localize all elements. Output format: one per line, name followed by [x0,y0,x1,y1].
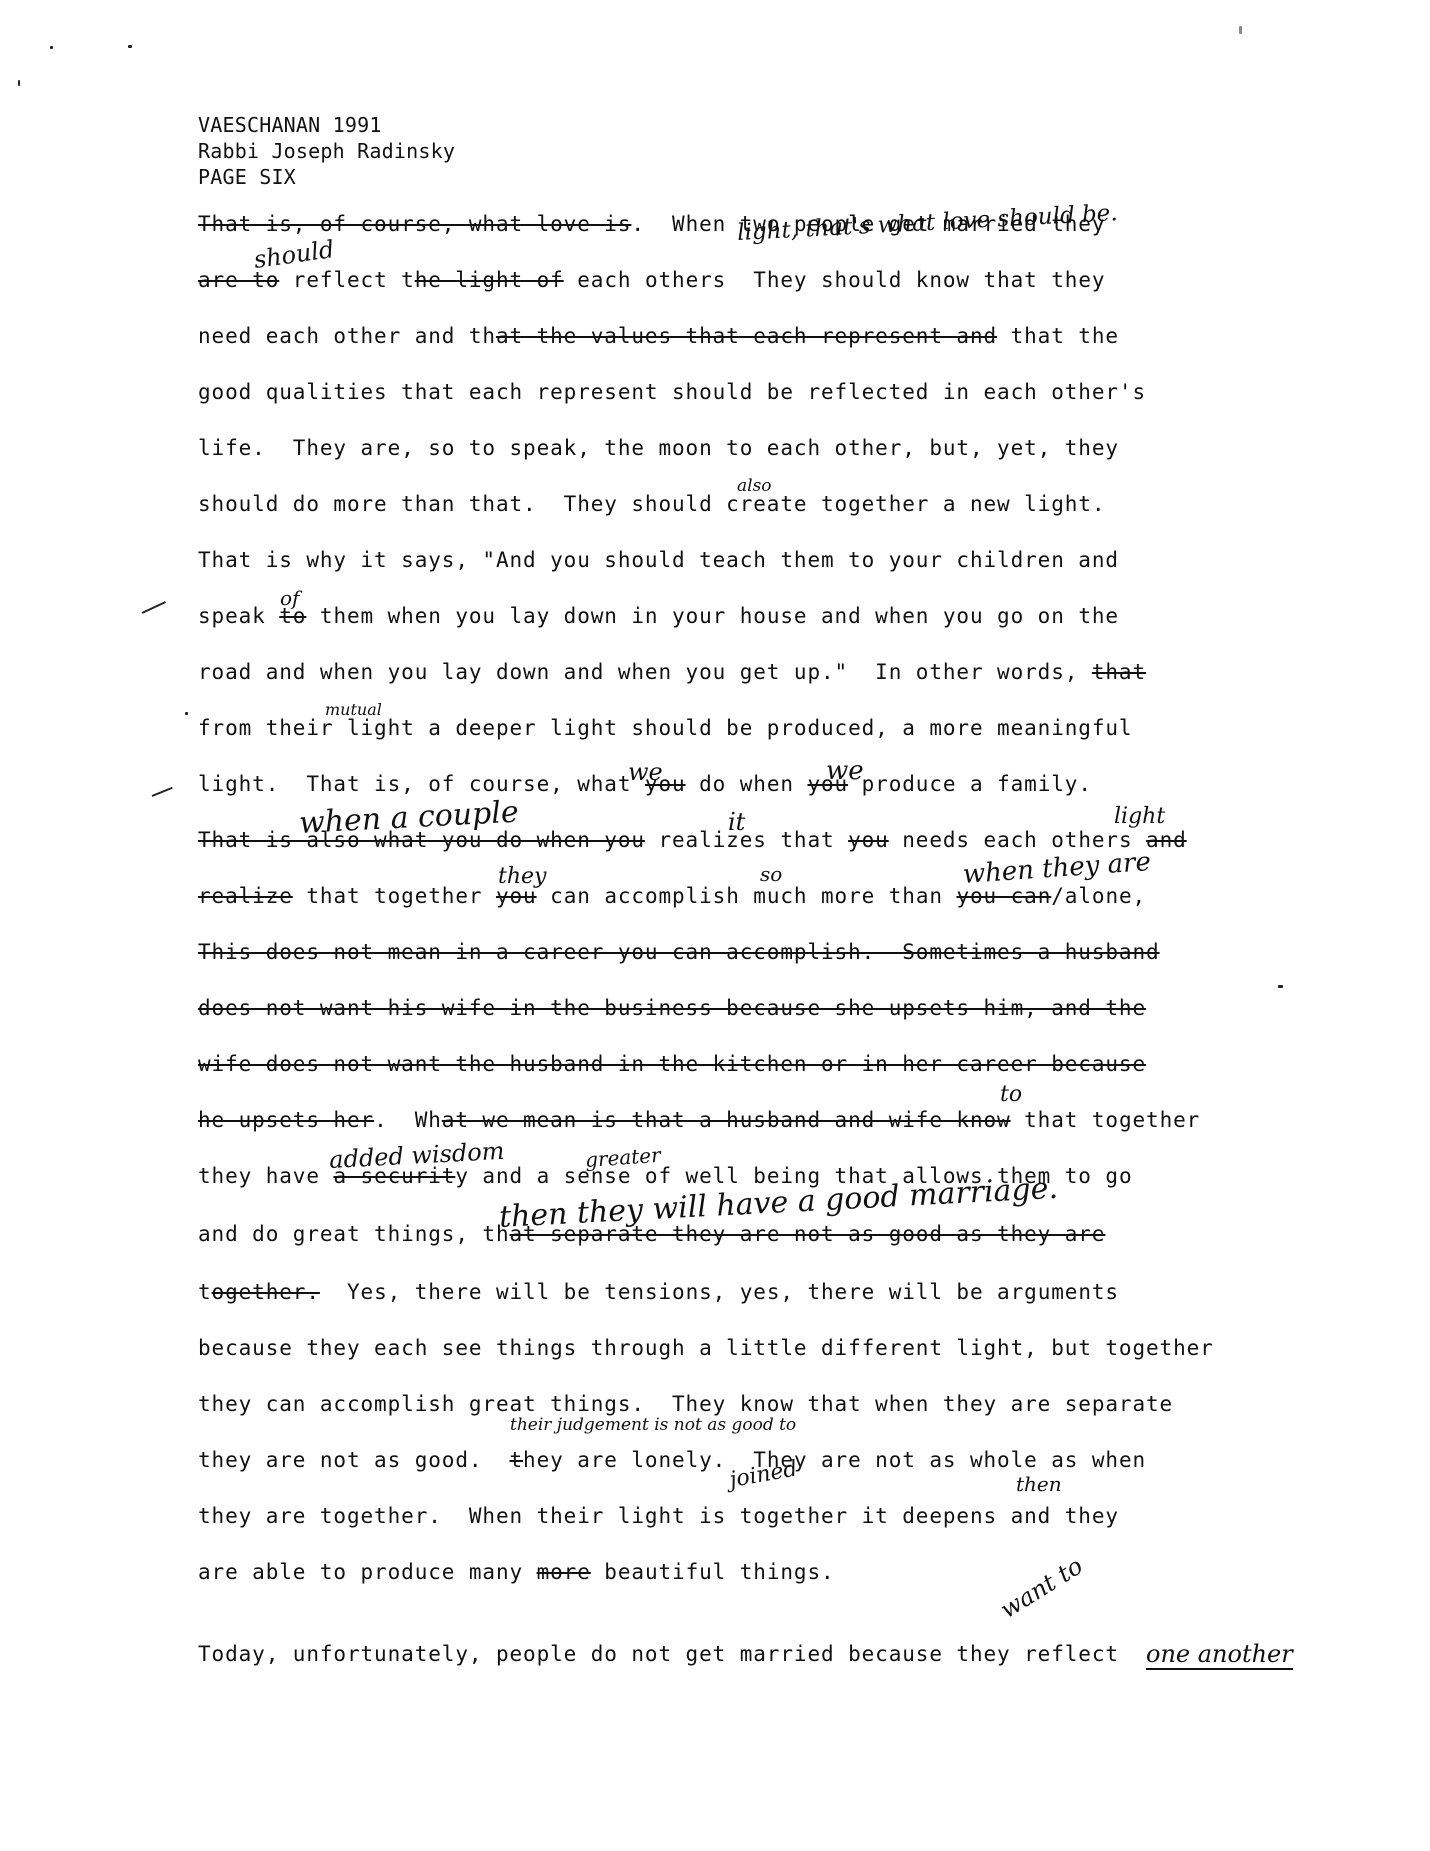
handwritten-annotation: also [737,476,772,496]
struck-text: t [510,1448,524,1472]
typed-text: do when [686,772,808,796]
scan-speck [185,712,188,715]
typed-text: road and when you lay down and when you … [198,660,1092,684]
handwritten-annotation: of [280,586,299,610]
handwritten-annotation: they [498,864,546,889]
typed-text-line: speak to them when you lay down in your … [198,604,1119,628]
typed-text: they can accomplish great things. They k… [198,1392,1173,1416]
struck-text: at the values that each represent and [496,324,997,348]
typed-text: t [198,1280,212,1304]
struck-text: That is, of course, what love is [198,212,631,236]
typed-text-line: That is why it says, "And you should tea… [198,548,1119,572]
typed-text-line: wife does not want the husband in the ki… [198,1052,1146,1076]
typed-text: /alone, [1051,884,1146,908]
handwritten-annotation: light, that's what love should be. [737,200,1119,246]
margin-tick-mark [152,787,173,797]
typed-text: are able to produce many [198,1560,537,1584]
handwritten-annotation: so [760,862,782,886]
struck-text: and [1146,828,1187,852]
scan-speck [128,45,132,48]
typed-text: life. They are, so to speak, the moon to… [198,436,1119,460]
typed-text-line: This does not mean in a career you can a… [198,940,1160,964]
typed-text: they are not as good. [198,1448,510,1472]
typed-text-line: does not want his wife in the business b… [198,996,1146,1020]
typed-text-line: should do more than that. They should cr… [198,492,1105,516]
handwritten-annotation: their judgement is not as good to [510,1415,796,1435]
typed-text: good qualities that each represent shoul… [198,380,1146,404]
scan-speck [1278,985,1283,988]
typed-text: because they each see things through a l… [198,1336,1214,1360]
typed-text-line: road and when you lay down and when you … [198,660,1146,684]
struck-text: ogether. [212,1280,320,1304]
typed-text-line: need each other and that the values that… [198,324,1119,348]
sermon-title: VAESCHANAN 1991 [198,112,455,138]
typed-text-line: together. Yes, there will be tensions, y… [198,1280,1119,1304]
typed-text-line: are able to produce many more beautiful … [198,1560,835,1584]
struck-text: at we mean is that a husband and wife kn… [442,1108,1011,1132]
typed-text-line: because they each see things through a l… [198,1336,1214,1360]
typed-text: them when you lay down in your house and… [306,604,1119,628]
typed-text: should do more than that. They should cr… [198,492,1105,516]
typed-text: light. That is, of course, what [198,772,645,796]
author-name: Rabbi Joseph Radinsky [198,138,455,164]
scan-speck [1239,26,1242,34]
typed-text-line: they are together. When their light is t… [198,1504,1119,1528]
typed-text-line: from their light a deeper light should b… [198,716,1132,740]
handwritten-annotation: to [1000,1082,1022,1107]
typed-text-line: he upsets her. What we mean is that a hu… [198,1108,1200,1132]
handwritten-annotation: want to [995,1552,1088,1624]
handwritten-annotation: light [1114,804,1165,829]
typed-text: they are together. When their light is t… [198,1504,1119,1528]
struck-text: he upsets her [198,1108,374,1132]
typed-text: they have [198,1164,333,1188]
scanned-document-page: VAESCHANAN 1991 Rabbi Joseph Radinsky PA… [0,0,1430,1851]
handwritten-annotation: we [826,756,864,786]
typed-text-line: Today, unfortunately, people do not get … [198,1642,1119,1666]
struck-text: he light of [415,268,564,292]
typed-text: that together [293,884,496,908]
typed-text: reflect t [279,268,414,292]
typed-text: need each other and th [198,324,496,348]
handwritten-annotation: we [628,758,663,786]
handwritten-annotation: then [1016,1472,1062,1496]
struck-text: more [537,1560,591,1584]
margin-tick-mark [142,601,166,614]
typed-text-line: life. They are, so to speak, the moon to… [198,436,1119,460]
typed-text-line: good qualities that each represent shoul… [198,380,1146,404]
page-label: PAGE SIX [198,164,455,190]
typed-text: that the [997,324,1119,348]
scan-speck [50,46,53,49]
typed-text-line: they are not as good. they are lonely. T… [198,1448,1146,1472]
typed-text: Yes, there will be tensions, yes, there … [320,1280,1119,1304]
handwritten-annotation: it [728,808,745,836]
typed-text-line: are to reflect the light of each others … [198,268,1105,292]
struck-text: you [848,828,889,852]
typed-text: realizes that [645,828,848,852]
handwritten-annotation: mutual [325,700,382,719]
typed-text: beautiful things. [591,1560,835,1584]
typed-text: needs each others [889,828,1146,852]
typed-text: . Wh [374,1108,442,1132]
struck-text: realize [198,884,293,908]
handwritten-annotation: one another [1146,1640,1293,1670]
typed-text: that together [1011,1108,1201,1132]
typed-text: each others They should know that they [564,268,1106,292]
typed-text: Today, unfortunately, people do not get … [198,1642,1119,1666]
typed-text: That is why it says, "And you should tea… [198,548,1119,572]
struck-text: does not want his wife in the business b… [198,996,1146,1020]
typed-text: from their light a deeper light should b… [198,716,1132,740]
struck-text: wife does not want the husband in the ki… [198,1052,1146,1076]
typed-text: produce a family. [848,772,1092,796]
typed-text: can accomplish much more than [537,884,957,908]
struck-text: that [1092,660,1146,684]
typed-text: and do great things, th [198,1222,510,1246]
scan-speck [18,80,20,86]
typed-text-line: realize that together you can accomplish… [198,884,1146,908]
typed-text-line: they can accomplish great things. They k… [198,1392,1173,1416]
typed-text: hey are lonely. They are not as whole as… [523,1448,1146,1472]
struck-text: This does not mean in a career you can a… [198,940,1160,964]
document-header: VAESCHANAN 1991 Rabbi Joseph Radinsky PA… [198,112,455,190]
typed-text: speak [198,604,279,628]
